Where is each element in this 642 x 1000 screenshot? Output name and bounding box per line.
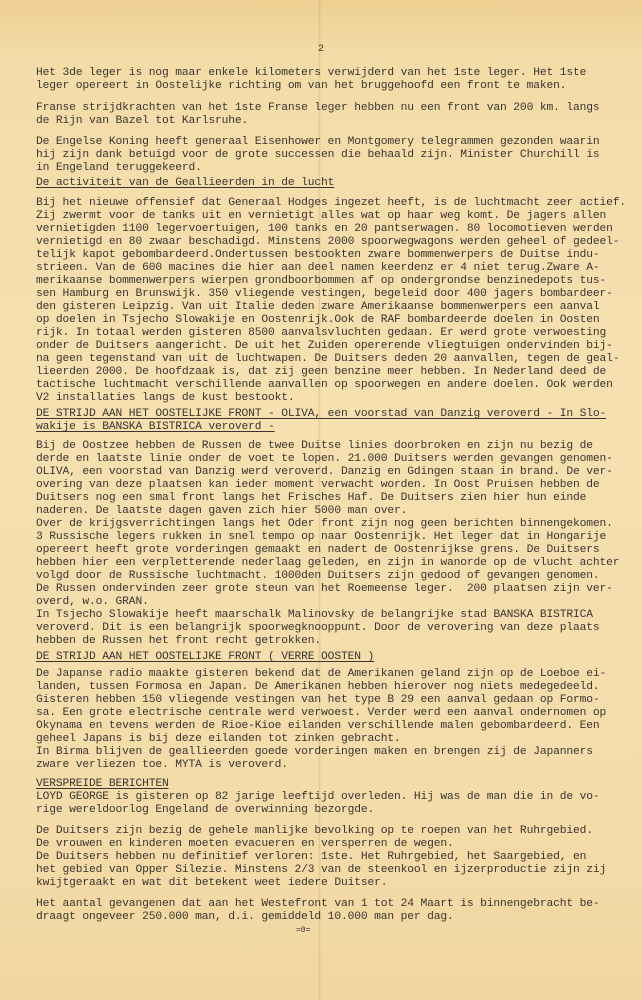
text-line: de Rijn van Bazel tot Karlsruhe. xyxy=(36,115,248,128)
text-line: sa. Een grote electrische centrale werd … xyxy=(36,707,606,720)
text-line: draagt ongeveer 250.000 man, d.i. gemidd… xyxy=(36,911,454,924)
text-line: Bij de Oostzee hebben de Russen de twee … xyxy=(36,440,593,453)
text-line: strieen. Van de 600 macines die hier aan… xyxy=(36,262,600,275)
text-line: Okynama en tevens werden de Rioe-Kioe ei… xyxy=(36,720,600,733)
text-line: Bij het nieuwe offensief dat Generaal Ho… xyxy=(36,197,626,210)
text-line: De Duitsers zijn bezig de gehele manlijk… xyxy=(36,825,593,838)
text-line: tactische luchtmacht verschillende aanva… xyxy=(36,379,613,392)
section-heading: VERSPREIDE BERICHTEN xyxy=(36,778,169,791)
text-line: In Birma blijven de geallieerden goede v… xyxy=(36,746,593,759)
text-line: De Duitsers hebben nu definitief verlore… xyxy=(36,851,586,864)
page-number: 2 xyxy=(318,44,324,55)
text-line: hebben de Russen het front recht getrokk… xyxy=(36,635,321,648)
text-line: opereert heeft grote vorderingen gemaakt… xyxy=(36,544,600,557)
section-heading: DE STRIJD AAN HET OOSTELIJKE FRONT ( VER… xyxy=(36,651,374,664)
text-line: De Russen ondervinden zeer grote steun v… xyxy=(36,583,613,596)
text-line: vernietigd en 80 zwaar beschadigd. Minst… xyxy=(36,236,619,249)
text-line: op doelen in Tsjecho Slowakije en Oosten… xyxy=(36,314,600,327)
section-heading: De activiteit van de Geallieerden in de … xyxy=(36,177,334,190)
text-line: overd, w.o. GRAN. xyxy=(36,596,149,609)
text-line: naderen. De laatste dagen gaven zich hie… xyxy=(36,505,407,518)
text-line: V2 installaties langs de kust bestookt. xyxy=(36,392,295,405)
text-line: telijk kapot gebombardeerd.Ondertussen b… xyxy=(36,249,600,262)
text-line: De vrouwen en kinderen moeten evacueren … xyxy=(36,838,454,851)
text-line: Het 3de leger is nog maar enkele kilomet… xyxy=(36,67,586,80)
text-line: na geen tegenstand van uit de luchtwapen… xyxy=(36,353,619,366)
text-line: OLIVA, een voorstad van Danzig werd vero… xyxy=(36,466,613,479)
text-line: leger opereert in Oostelijke richting om… xyxy=(36,80,566,93)
text-line: rijk. In totaal werden gisteren 8500 aan… xyxy=(36,327,606,340)
text-line: zware verliezen toe. MYTA is veroverd. xyxy=(36,759,288,772)
text-line: hebben hier een verpletterende nederlaag… xyxy=(36,557,619,570)
text-line: landen, tussen Formosa en Japan. De Amer… xyxy=(36,681,600,694)
text-line: het gebied van Opper Silezie. Minstens 2… xyxy=(36,864,606,877)
text-line: in Engeland teruggekeerd. xyxy=(36,162,202,175)
text-line: geheel Japans is bij deze eilanden tot z… xyxy=(36,733,401,746)
text-line: Over de krijgsverrichtingen langs het Od… xyxy=(36,518,613,531)
text-line: rige wereldoorlog Engeland de overwinnin… xyxy=(36,804,374,817)
text-line: lieerden 2000. De hoofdzaak is, dat zij … xyxy=(36,366,606,379)
text-line: De Engelse Koning heeft generaal Eisenho… xyxy=(36,136,600,149)
text-line: LOYD GEORGE is gisteren op 82 jarige lee… xyxy=(36,791,600,804)
typewritten-page: 2 Het 3de leger is nog maar enkele kilom… xyxy=(0,0,642,1000)
text-line: 3 Russische legers rukken in snel tempo … xyxy=(36,531,606,544)
text-line: kwijtgeraakt en wat dit betekent weet ie… xyxy=(36,877,387,890)
text-line: derde en laatste linie onder de voet te … xyxy=(36,453,613,466)
text-line: volgd door de Russische luchtmacht. 1000… xyxy=(36,570,600,583)
text-line: Zij zwermt voor de tanks uit en vernieti… xyxy=(36,210,606,223)
text-line: Gisteren hebben 150 vliegende vestingen … xyxy=(36,694,600,707)
text-line: veroverd. Dit is een belangrijk spoorweg… xyxy=(36,622,600,635)
end-mark: =0= xyxy=(296,926,310,935)
text-line: merikaanse bommenwerpers wierpen grondbo… xyxy=(36,275,606,288)
text-line: hij zijn dank betuigd voor de grote succ… xyxy=(36,149,600,162)
text-line: vernietigden 1100 legervoertuigen, 100 t… xyxy=(36,223,613,236)
text-line: den gisteren Leipzig. Van uit Italie ded… xyxy=(36,301,600,314)
text-line: overing van deze plaatsen kan ieder mome… xyxy=(36,479,600,492)
text-line: Franse strijdkrachten van het 1ste Frans… xyxy=(36,102,600,115)
text-line: Duitsers nog een smal front langs het Fr… xyxy=(36,492,586,505)
text-line: Het aantal gevangenen dat aan het Westef… xyxy=(36,898,600,911)
section-heading: wakije is BANSKA BISTRICA veroverd - xyxy=(36,421,275,434)
section-heading: DE STRIJD AAN HET OOSTELIJKE FRONT - OLI… xyxy=(36,408,606,421)
text-line: In Tsjecho Slowakije heeft maarschalk Ma… xyxy=(36,609,593,622)
text-line: De Japanse radio maakte gisteren bekend … xyxy=(36,668,606,681)
text-line: onder de Duitsers aangericht. De uit het… xyxy=(36,340,613,353)
text-line: sen Hamburg en Brunswijk. 350 vliegende … xyxy=(36,288,613,301)
